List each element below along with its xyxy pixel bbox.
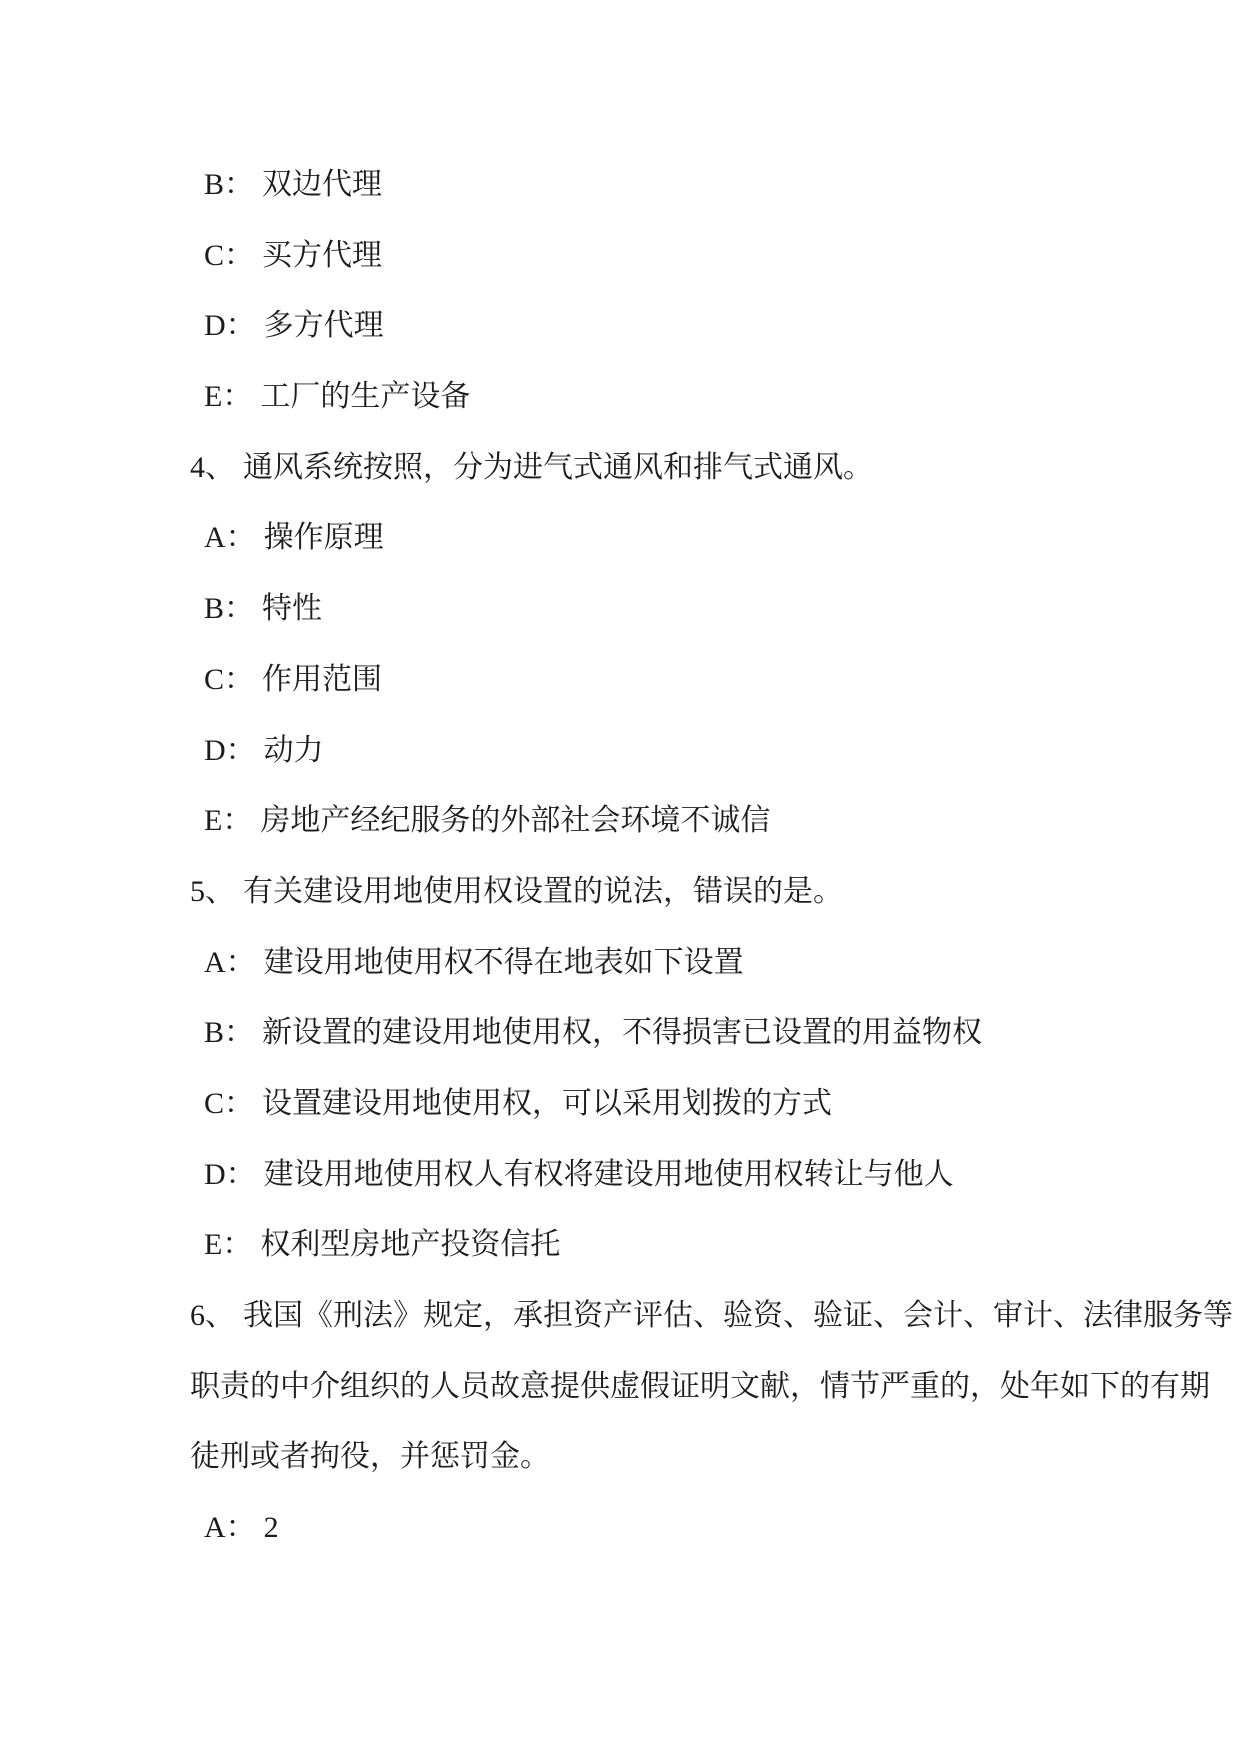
question-4-option-c: C：作用范围: [0, 645, 1240, 716]
question-4-option-b: B：特性: [0, 574, 1240, 645]
question-text: 职责的中介组织的人员故意提供虚假证明文献，情节严重的，处年如下的有期: [190, 1370, 1210, 1403]
question-number: 4、: [190, 451, 235, 484]
question-text: 有关建设用地使用权设置的说法，错误的是。: [243, 875, 843, 908]
option-label: D：: [204, 734, 256, 767]
option-text: 权利型房地产投资信托: [260, 1228, 560, 1261]
option-label: A：: [204, 946, 256, 979]
option-text: 操作原理: [264, 521, 384, 554]
question-text: 我国《刑法》规定，承担资产评估、验资、验证、会计、审计、法律服务等: [243, 1299, 1233, 1332]
option-text: 设置建设用地使用权，可以采用划拨的方式: [262, 1087, 832, 1120]
option-label: A：: [204, 1511, 256, 1544]
option-label: E：: [204, 1228, 252, 1261]
option-text: 特性: [262, 592, 322, 625]
option-label: D：: [204, 1158, 256, 1191]
question-4-stem: 4、通风系统按照，分为进气式通风和排气式通风。: [0, 433, 1240, 504]
question-number: 5、: [190, 875, 235, 908]
option-text: 动力: [264, 734, 324, 767]
option-label: C：: [204, 1087, 254, 1120]
option-label: B：: [204, 592, 254, 625]
question-4-option-a: A：操作原理: [0, 503, 1240, 574]
question-number: 6、: [190, 1299, 235, 1332]
question-5-stem: 5、有关建设用地使用权设置的说法，错误的是。: [0, 857, 1240, 928]
question-3-option-e: E：工厂的生产设备: [0, 362, 1240, 433]
option-label: A：: [204, 521, 256, 554]
question-3-option-b: B：双边代理: [0, 150, 1240, 221]
option-label: C：: [204, 663, 254, 696]
option-text: 买方代理: [262, 239, 382, 272]
exam-content: B：双边代理 C：买方代理 D：多方代理 E：工厂的生产设备 4、通风系统按照，…: [0, 0, 1240, 1564]
question-3-option-c: C：买方代理: [0, 221, 1240, 292]
question-5-option-e: E：权利型房地产投资信托: [0, 1210, 1240, 1281]
option-text: 工厂的生产设备: [260, 380, 470, 413]
question-5-option-d: D：建设用地使用权人有权将建设用地使用权转让与他人: [0, 1140, 1240, 1211]
option-label: E：: [204, 804, 252, 837]
option-text: 建设用地使用权人有权将建设用地使用权转让与他人: [264, 1158, 954, 1191]
option-text: 新设置的建设用地使用权，不得损害已设置的用益物权: [262, 1016, 982, 1049]
question-6-option-a: A：2: [0, 1493, 1240, 1564]
question-6-stem-line-1: 6、我国《刑法》规定，承担资产评估、验资、验证、会计、审计、法律服务等: [0, 1281, 1240, 1352]
question-3-option-d: D：多方代理: [0, 291, 1240, 362]
question-4-option-e: E：房地产经纪服务的外部社会环境不诚信: [0, 786, 1240, 857]
option-text: 作用范围: [262, 663, 382, 696]
question-5-option-b: B：新设置的建设用地使用权，不得损害已设置的用益物权: [0, 998, 1240, 1069]
option-text: 房地产经纪服务的外部社会环境不诚信: [260, 804, 770, 837]
question-6-stem-line-2: 职责的中介组织的人员故意提供虚假证明文献，情节严重的，处年如下的有期: [0, 1352, 1240, 1423]
option-label: C：: [204, 239, 254, 272]
option-text: 多方代理: [264, 309, 384, 342]
exam-document-page: B：双边代理 C：买方代理 D：多方代理 E：工厂的生产设备 4、通风系统按照，…: [0, 0, 1240, 1753]
question-4-option-d: D：动力: [0, 716, 1240, 787]
question-6-stem-line-3: 徒刑或者拘役，并惩罚金。: [0, 1422, 1240, 1493]
option-label: B：: [204, 168, 254, 201]
option-label: E：: [204, 380, 252, 413]
question-text: 徒刑或者拘役，并惩罚金。: [190, 1440, 550, 1473]
option-label: D：: [204, 309, 256, 342]
option-label: B：: [204, 1016, 254, 1049]
option-text: 建设用地使用权不得在地表如下设置: [264, 946, 744, 979]
option-text: 2: [264, 1511, 279, 1544]
question-5-option-a: A：建设用地使用权不得在地表如下设置: [0, 928, 1240, 999]
question-5-option-c: C：设置建设用地使用权，可以采用划拨的方式: [0, 1069, 1240, 1140]
option-text: 双边代理: [262, 168, 382, 201]
question-text: 通风系统按照，分为进气式通风和排气式通风。: [243, 451, 873, 484]
